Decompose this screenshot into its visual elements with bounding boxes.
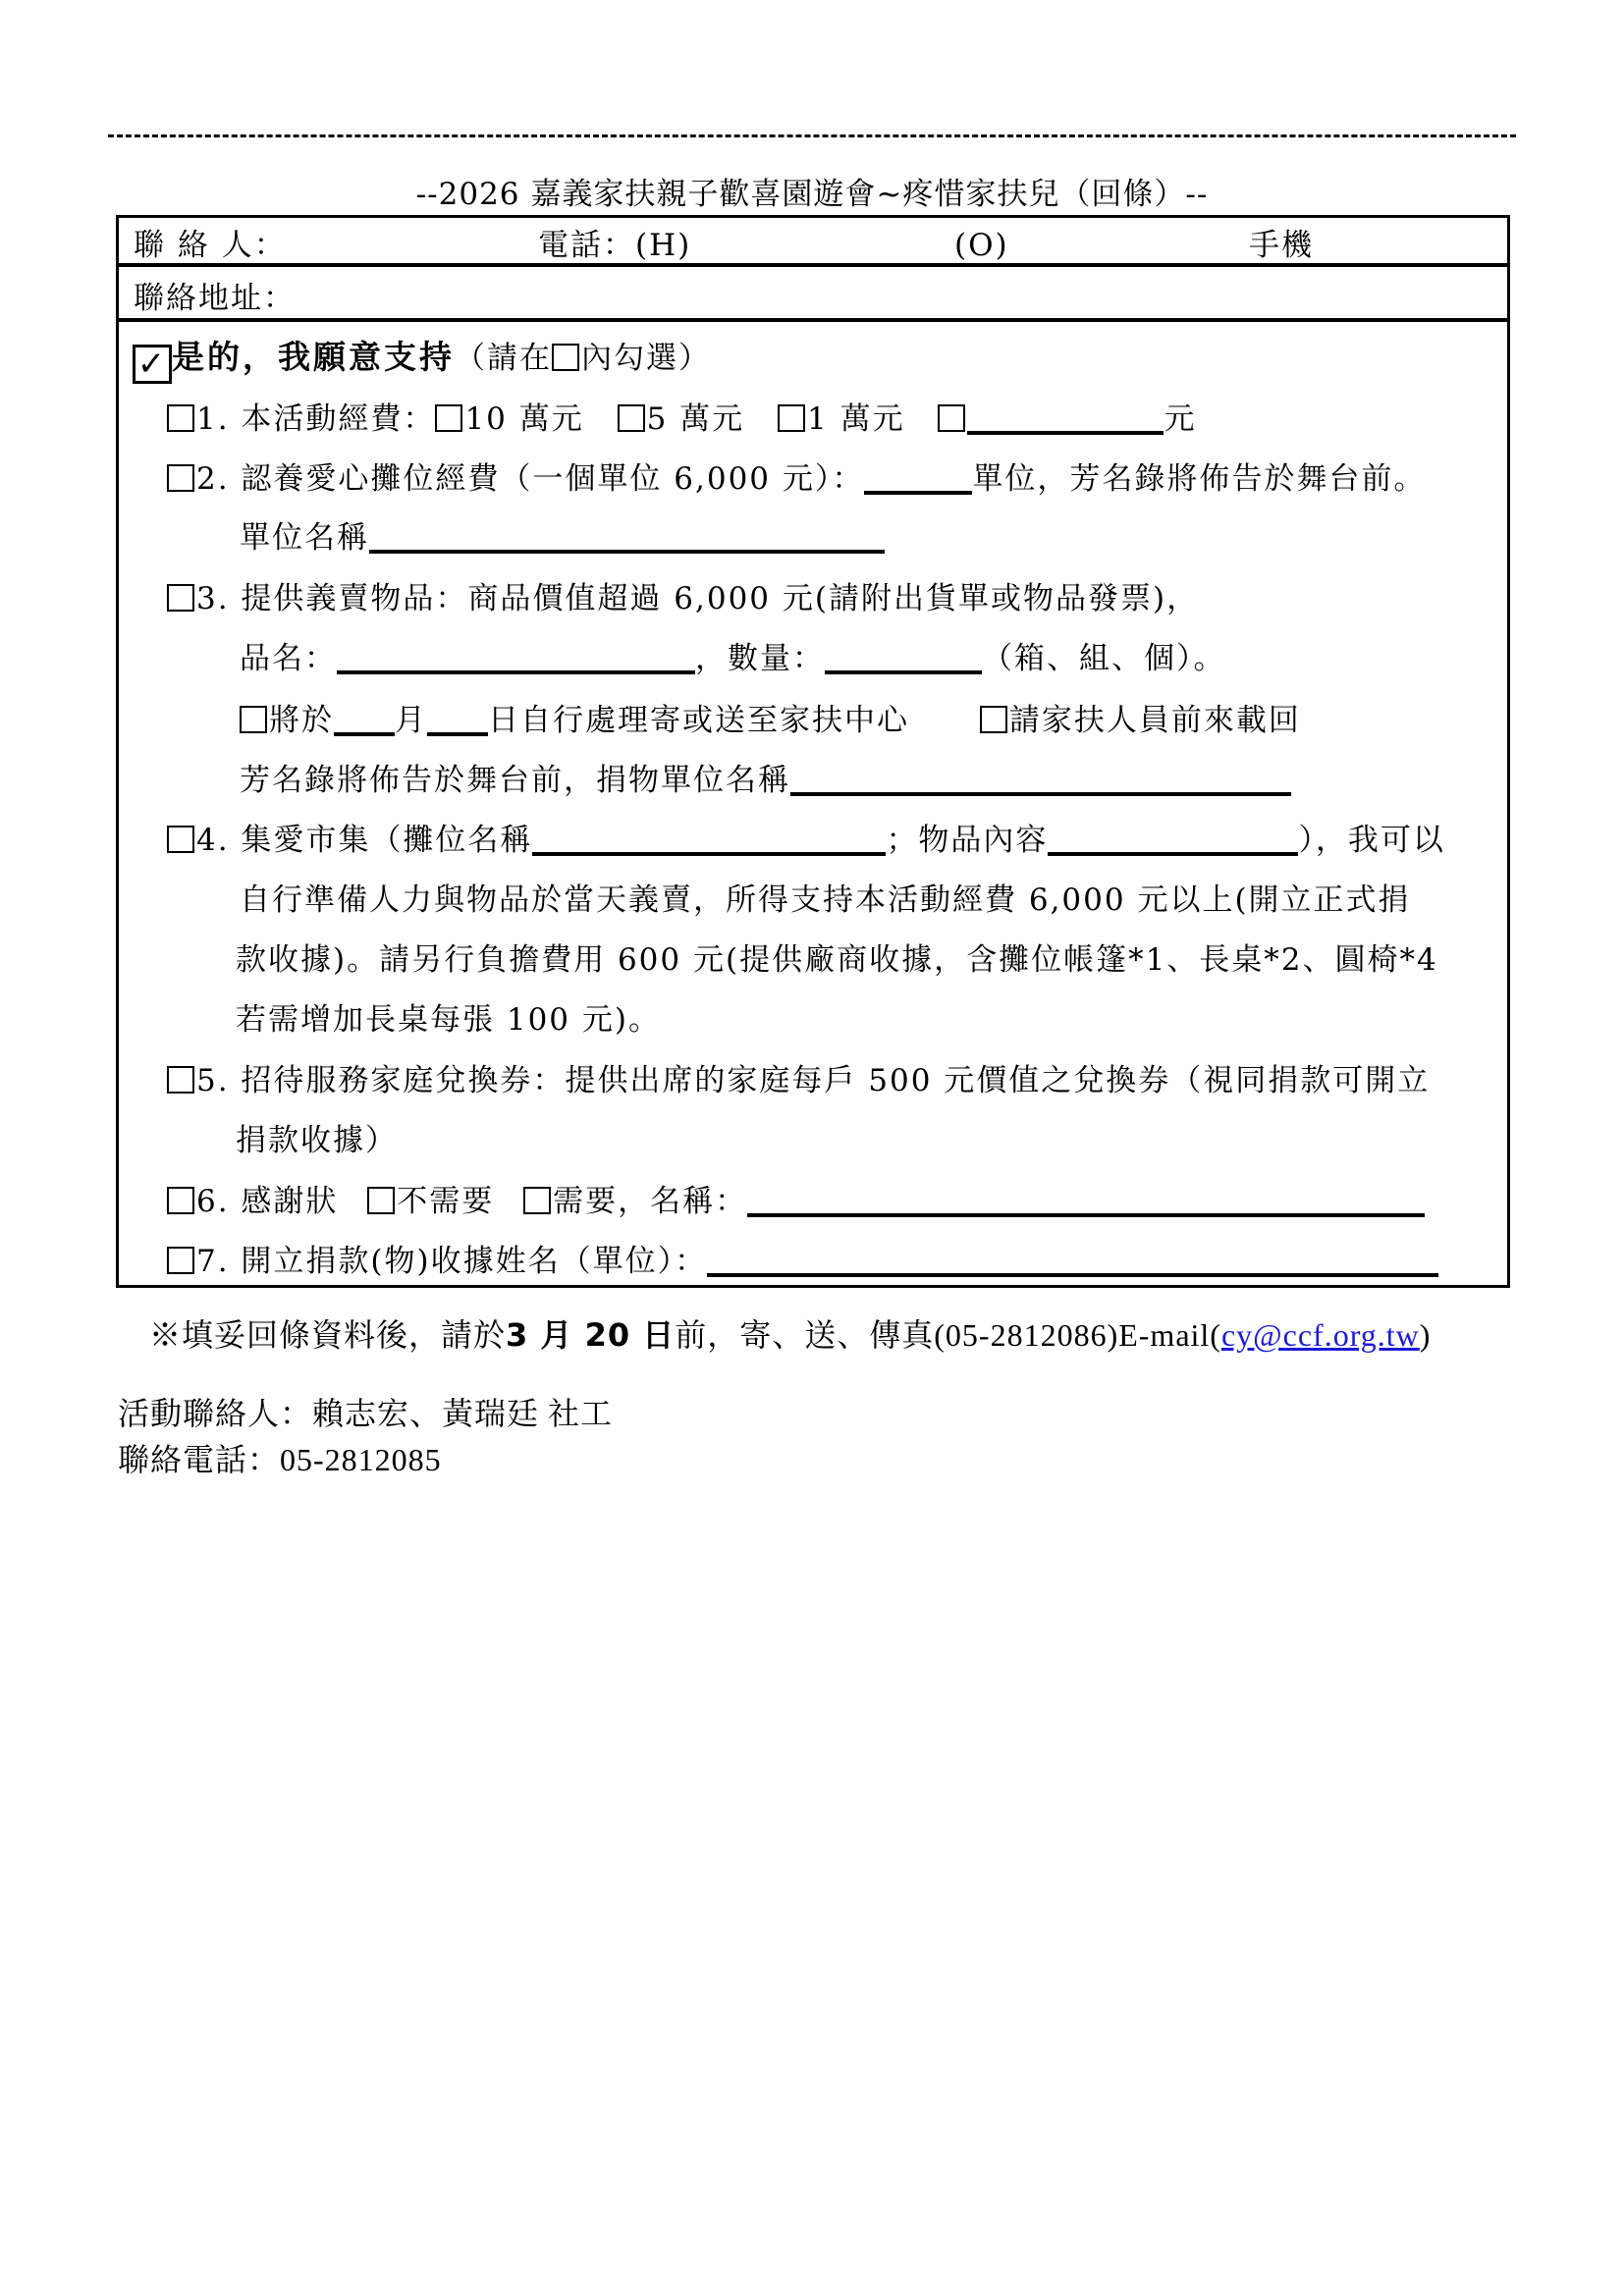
item-2-checkbox[interactable] <box>167 464 194 492</box>
item-6-needed-label: 需要，名稱： <box>553 1184 747 1219</box>
submission-note: ※填妥回條資料後，請於3 月 20 日前，寄、送、傳真(05-2812086)E… <box>149 1315 1431 1355</box>
item-1-checkbox[interactable] <box>167 404 194 432</box>
form-title: --2026 嘉義家扶親子歡喜園遊會~疼惜家扶兒（回條）-- <box>0 169 1624 213</box>
item-1-custom-suffix: 元 <box>1164 401 1196 437</box>
support-hint: （請在 <box>455 341 552 376</box>
deadline: 3 月 20 日 <box>506 1316 675 1354</box>
item-4-line-3: 款收據)。請另行負擔費用 600 元(提供廠商收據，含攤位帳篷*1、長桌*2、圓… <box>236 940 1438 980</box>
office-phone-label: (O) <box>954 228 1009 263</box>
item-1-option-50k-label: 5 萬元 <box>647 401 745 437</box>
item-3-deliver-prefix: 將於 <box>269 703 334 738</box>
item-5-line-2: 捐款收據） <box>236 1121 398 1160</box>
item-4-charity-market: 4. 集愛市集（攤位名稱；物品內容），我可以 <box>167 821 1445 860</box>
item-3-label: 3. 提供義賣物品：商品價值超過 6,000 元(請附出貨單或物品發票)， <box>196 581 1199 616</box>
item-3-day-input[interactable] <box>427 703 488 736</box>
item-2-unit-name-row: 單位名稱 <box>240 518 885 558</box>
support-hint-end: 內勾選） <box>581 341 711 376</box>
item-1-activity-fund: 1. 本活動經費：10 萬元 5 萬元 1 萬元 元 <box>167 400 1196 439</box>
item-2-label: 2. 認養愛心攤位經費（一個單位 6,000 元）： <box>196 461 864 497</box>
item-3-delivery-row: 將於月日自行處理寄或送至家扶中心 請家扶人員前來載回 <box>240 701 1301 740</box>
item-2-unit-suffix: 單位，芳名錄將佈告於舞台前。 <box>972 461 1426 497</box>
item-3-day-suffix: 日自行處理寄或送至家扶中心 <box>488 703 909 738</box>
address-label: 聯絡地址： <box>134 281 296 316</box>
item-3-donor-label: 芳名錄將佈告於舞台前，捐物單位名稱 <box>240 763 790 798</box>
note-end: ) <box>1420 1317 1432 1353</box>
row-divider-2 <box>119 318 1508 322</box>
cut-line <box>108 134 1516 137</box>
item-5-checkbox[interactable] <box>167 1066 194 1094</box>
item-7-checkbox[interactable] <box>167 1247 194 1274</box>
item-6-label: 6. 感謝狀 <box>196 1184 338 1219</box>
item-4-goods-label: ；物品內容 <box>886 823 1048 858</box>
item-2-booth-sponsor: 2. 認養愛心攤位經費（一個單位 6,000 元）：單位，芳名錄將佈告於舞台前。 <box>167 459 1426 499</box>
contact-person-label: 聯 絡 人： <box>134 226 287 265</box>
item-6-not-needed-checkbox[interactable] <box>367 1187 395 1214</box>
item-7-label: 7. 開立捐款(物)收據姓名（單位）： <box>196 1244 707 1279</box>
note-fax: 前，寄、送、傳真(05-2812086)E-mail( <box>675 1317 1221 1353</box>
item-4-booth-name-input[interactable] <box>532 823 886 856</box>
item-6-needed-checkbox[interactable] <box>523 1187 551 1214</box>
mobile-phone-field[interactable]: 手機 <box>1249 226 1494 265</box>
support-heading-text: 是的，我願意支持 <box>172 338 455 376</box>
item-3-product-input[interactable] <box>337 641 695 674</box>
item-1-option-10k-checkbox[interactable] <box>778 404 805 432</box>
event-contacts: 活動聯絡人：賴志宏、黃瑞廷 社工 <box>118 1394 613 1433</box>
item-3-checkbox[interactable] <box>167 584 194 612</box>
office-phone-field[interactable]: (O) <box>954 226 1249 265</box>
email-link[interactable]: cy@ccf.org.tw <box>1221 1317 1420 1353</box>
item-2-unit-name-input[interactable] <box>369 520 885 554</box>
item-1-option-custom-checkbox[interactable] <box>938 404 965 432</box>
checkbox-sample-icon <box>552 344 579 371</box>
item-3-pickup-checkbox[interactable] <box>980 706 1007 733</box>
item-3-qty-label: ，數量： <box>695 641 825 676</box>
mobile-phone-label: 手機 <box>1249 228 1314 263</box>
item-5-voucher: 5. 招待服務家庭兌換券：提供出席的家庭每戶 500 元價值之兌換券（視同捐款可… <box>167 1061 1430 1100</box>
contact-phone: 聯絡電話：05-2812085 <box>118 1440 442 1479</box>
item-3-product-label: 品名： <box>240 641 337 676</box>
note-prefix: ※填妥回條資料後，請於 <box>149 1317 506 1353</box>
item-1-option-100k-checkbox[interactable] <box>435 404 462 432</box>
item-6-certificate-name-input[interactable] <box>747 1184 1425 1217</box>
home-phone-field[interactable]: 電話：(H) <box>538 226 892 265</box>
item-1-option-100k-label: 10 萬元 <box>464 401 583 437</box>
item-4-label: 4. 集愛市集（攤位名稱 <box>196 823 532 858</box>
item-7-receipt: 7. 開立捐款(物)收據姓名（單位）： <box>167 1242 1438 1281</box>
item-2-unit-count-input[interactable] <box>864 461 972 495</box>
item-3-pickup-label: 請家扶人員前來載回 <box>1009 703 1301 738</box>
item-4-tail: ），我可以 <box>1298 823 1445 858</box>
item-4-goods-input[interactable] <box>1048 823 1298 856</box>
item-6-certificate: 6. 感謝狀 不需要 需要，名稱： <box>167 1182 1425 1221</box>
item-3-qty-input[interactable] <box>825 641 982 674</box>
item-6-not-needed-label: 不需要 <box>397 1184 494 1219</box>
item-3-self-delivery-checkbox[interactable] <box>240 706 267 733</box>
item-3-product-row: 品名：，數量：（箱、組、個）。 <box>240 639 1226 678</box>
item-3-month-label: 月 <box>395 703 427 738</box>
item-6-checkbox[interactable] <box>167 1187 194 1214</box>
item-3-month-input[interactable] <box>334 703 395 736</box>
item-3-donor-name-input[interactable] <box>790 763 1291 796</box>
item-4-checkbox[interactable] <box>167 826 194 853</box>
item-1-option-50k-checkbox[interactable] <box>618 404 645 432</box>
item-3-donor-row: 芳名錄將佈告於舞台前，捐物單位名稱 <box>240 761 1291 800</box>
support-checkbox-checked[interactable]: ✓ <box>133 345 172 384</box>
home-phone-label: 電話：(H) <box>538 228 691 263</box>
item-1-label: 1. 本活動經費： <box>196 401 435 437</box>
item-4-line-4: 若需增加長桌每張 100 元)。 <box>236 1000 661 1040</box>
item-1-custom-amount-input[interactable] <box>967 401 1164 435</box>
item-3-qty-units: （箱、組、個）。 <box>982 641 1226 676</box>
item-5-label: 5. 招待服務家庭兌換券：提供出席的家庭每戶 500 元價值之兌換券（視同捐款可… <box>196 1063 1430 1098</box>
item-7-receipt-name-input[interactable] <box>707 1244 1438 1277</box>
item-1-option-10k-label: 1 萬元 <box>807 401 905 437</box>
item-4-line-2: 自行準備人力與物品於當天義賣，所得支持本活動經費 6,000 元以上(開立正式捐 <box>240 881 1411 920</box>
item-2-unit-name-label: 單位名稱 <box>240 520 369 556</box>
item-3-charity-goods: 3. 提供義賣物品：商品價值超過 6,000 元(請附出貨單或物品發票)， <box>167 579 1199 618</box>
support-heading: ✓是的，我願意支持（請在內勾選） <box>133 338 711 384</box>
address-field[interactable]: 聯絡地址： <box>134 279 1489 318</box>
